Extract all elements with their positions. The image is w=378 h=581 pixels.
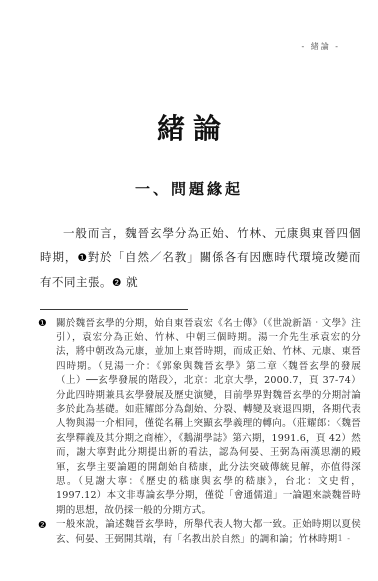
footnote-2-text: 一般來說，論述魏晉玄學時，所舉代表人物大都一致。正始時期以夏侯玄、何晏、王弼開其… xyxy=(56,518,361,547)
body-text-part2: 對於「自然／名教」關係各有因應時代環境改變而有不同主張。 xyxy=(40,250,361,289)
footnote-1: ❶ 關於魏晉玄學的分期，始自東晉袁宏《名士傳》（《世說新語‧文學》注引），袁宏分… xyxy=(38,317,361,519)
footnote-2: ❷ 一般來說，論述魏晉玄學時，所舉代表人物大都一致。正始時期以夏侯玄、何晏、王弼… xyxy=(38,518,361,547)
body-paragraph: 一般而言，魏晉玄學分為正始、竹林、元康與東晉四個時期，❶對於「自然／名教」關係各… xyxy=(40,221,361,295)
footnote-2-marker: ❷ xyxy=(38,518,56,533)
section-heading: 一、問題緣起 xyxy=(0,178,378,199)
footnote-marker-1-inline: ❶ xyxy=(77,252,87,264)
footnote-1-text: 關於魏晉玄學的分期，始自東晉袁宏《名士傳》（《世說新語‧文學》注引），袁宏分為正… xyxy=(56,317,361,519)
footnotes-section: ❶ 關於魏晉玄學的分期，始自東晉袁宏《名士傳》（《世說新語‧文學》注引），袁宏分… xyxy=(38,317,361,548)
footnote-marker-2-inline: ❷ xyxy=(112,277,122,289)
page-number: - 1 - xyxy=(330,534,351,543)
page-title: 緒論 xyxy=(0,0,378,146)
body-text-part3: 就 xyxy=(126,275,138,289)
footnote-1-marker: ❶ xyxy=(38,317,56,332)
footnote-separator xyxy=(40,309,188,310)
running-header: - 緒論 - xyxy=(302,41,341,52)
book-page: - 緒論 - 緒論 一、問題緣起 一般而言，魏晉玄學分為正始、竹林、元康與東晉四… xyxy=(0,0,378,581)
